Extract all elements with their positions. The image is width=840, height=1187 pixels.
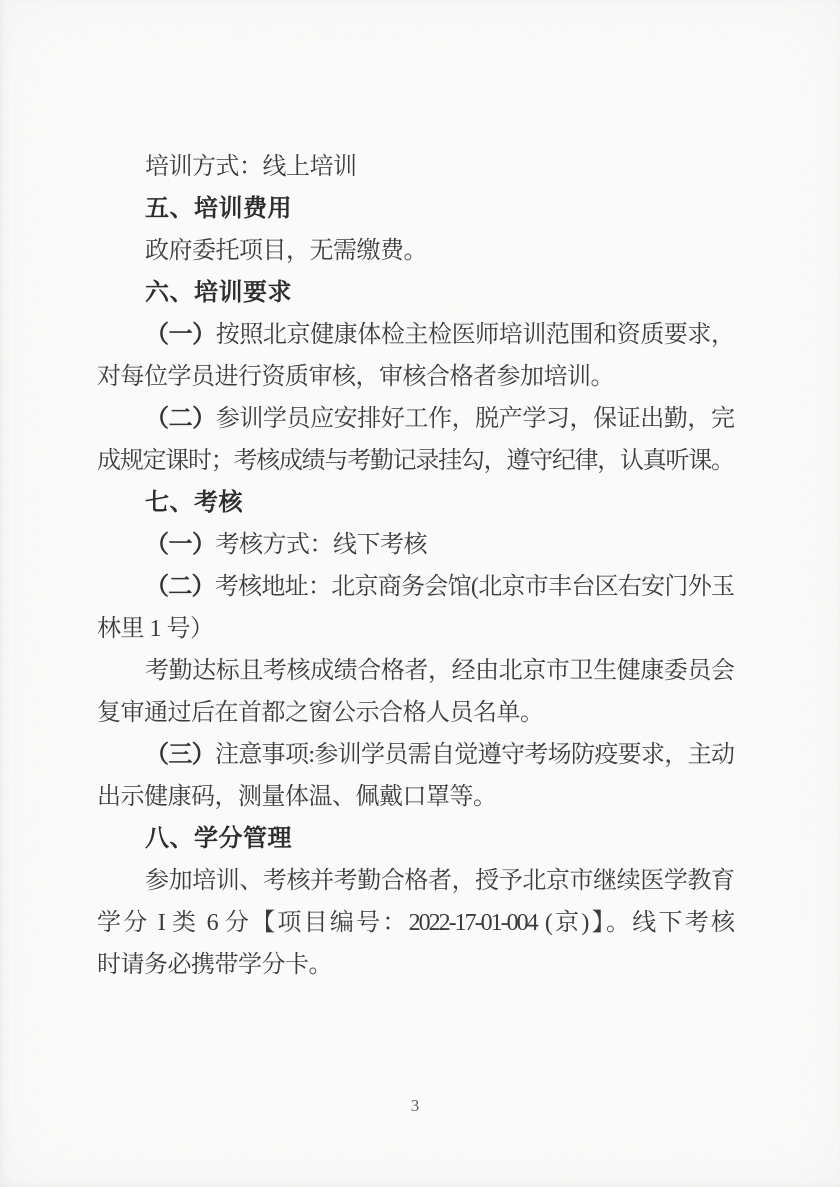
notes-item-line-1: （三）注意事项:参训学员需自觉遵守考场防疫要求，主动	[97, 734, 733, 776]
item-number-3: （三）	[145, 741, 215, 768]
assessment-method-text: 考核方式：线下考核	[216, 532, 428, 558]
assessment-method-line: （一）考核方式：线下考核	[97, 524, 733, 566]
publicity-paragraph-line-1: 考勤达标且考核成绩合格者，经由北京市卫生健康委员会	[97, 650, 733, 692]
item-number-1: （一）	[145, 321, 216, 348]
training-method-line: 培训方式：线上培训	[97, 146, 733, 188]
heading-training-fee: 五、培训费用	[97, 188, 733, 230]
scanned-document-page: 培训方式：线上培训 五、培训费用 政府委托项目，无需缴费。 六、培训要求 （一）…	[0, 0, 840, 1187]
requirement-item-2-line-1: （二）参训学员应安排好工作，脱产学习，保证出勤，完	[97, 398, 733, 440]
credit-paragraph-line-2: 学分 I 类 6 分【项目编号：2022-17-01-004 (京)】。线下考核	[97, 902, 733, 944]
assessment-address-line-1: （二）考核地址：北京商务会馆(北京市丰台区右安门外玉	[97, 566, 733, 608]
requirement-item-2-text: 参训学员应安排好工作，脱产学习，保证出勤，完	[216, 406, 733, 432]
requirement-item-1-text: 按照北京健康体检主检医师培训范围和资质要求，	[216, 322, 733, 348]
credit-paragraph-line-3: 时请务必携带学分卡。	[97, 944, 733, 986]
notes-item-text: 注意事项:参训学员需自觉遵守考场防疫要求，主动	[215, 742, 733, 768]
requirement-item-2-line-2: 成规定课时；考核成绩与考勤记录挂勾，遵守纪律，认真听课。	[97, 440, 733, 482]
heading-assessment: 七、考核	[97, 482, 733, 524]
credit-paragraph-line-1: 参加培训、考核并考勤合格者，授予北京市继续医学教育	[97, 860, 733, 902]
notes-item-line-2: 出示健康码，测量体温、佩戴口罩等。	[97, 776, 733, 818]
heading-training-requirements: 六、培训要求	[97, 272, 733, 314]
item-number-1b: （一）	[145, 531, 216, 558]
item-number-2: （二）	[145, 405, 216, 432]
requirement-item-1-line-2: 对每位学员进行资质审核，审核合格者参加培训。	[97, 356, 733, 398]
assessment-address-text: 考核地址：北京商务会馆(北京市丰台区右安门外玉	[215, 574, 733, 600]
assessment-address-line-2: 林里 1 号）	[97, 608, 733, 650]
publicity-paragraph-line-2: 复审通过后在首都之窗公示合格人员名单。	[97, 692, 733, 734]
item-number-2b: （二）	[145, 573, 215, 600]
document-body: 培训方式：线上培训 五、培训费用 政府委托项目，无需缴费。 六、培训要求 （一）…	[97, 146, 733, 986]
fee-statement-line: 政府委托项目，无需缴费。	[97, 230, 733, 272]
page-number: 3	[0, 1096, 830, 1116]
heading-credit-management: 八、学分管理	[97, 818, 733, 860]
requirement-item-1-line-1: （一）按照北京健康体检主检医师培训范围和资质要求，	[97, 314, 733, 356]
